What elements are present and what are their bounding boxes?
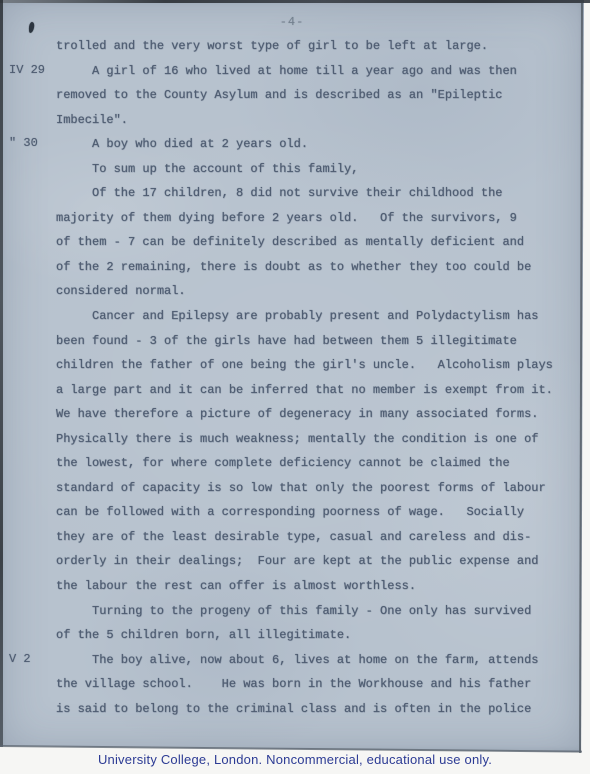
margin-label: IV 29 — [9, 58, 45, 83]
typed-text-block: trolled and the very worst type of girl … — [56, 33, 580, 720]
margin-label: " 30 — [9, 131, 38, 156]
scanned-document-page: -4- trolled and the very worst type of g… — [0, 0, 590, 774]
margin-label: V 2 — [9, 647, 31, 672]
paper-edge-top — [0, 0, 590, 3]
text-line: removed to the County Asylum and is desc… — [56, 82, 580, 107]
text-line: is said to belong to the criminal class … — [56, 696, 580, 721]
text-line: We have therefore a picture of degenerac… — [56, 401, 580, 426]
page-number: -4- — [0, 15, 584, 29]
text-line: trolled and the very worst type of girl … — [56, 33, 580, 58]
text-line: majority of them dying before 2 years ol… — [56, 205, 580, 230]
text-line: a large part and it can be inferred that… — [56, 377, 580, 402]
text-line: of them - 7 can be definitely described … — [56, 229, 580, 254]
text-line: IV 29A girl of 16 who lived at home till… — [56, 58, 580, 83]
text-line: standard of capacity is so low that only… — [56, 475, 580, 500]
text-line: been found - 3 of the girls have had bet… — [56, 328, 580, 353]
text-line: V 2The boy alive, now about 6, lives at … — [56, 647, 580, 672]
text-line: Imbecile". — [56, 107, 580, 132]
text-line: Physically there is much weakness; menta… — [56, 426, 580, 451]
text-line: orderly in their dealings; Four are kept… — [56, 548, 580, 573]
attribution-caption: University College, London. Noncommercia… — [0, 752, 590, 767]
text-line: of the 5 children born, all illegitimate… — [56, 622, 580, 647]
text-line: the labour the rest can offer is almost … — [56, 573, 580, 598]
text-line: children the father of one being the gir… — [56, 352, 580, 377]
text-line: " 30A boy who died at 2 years old. — [56, 131, 580, 156]
text-line: of the 2 remaining, there is doubt as to… — [56, 254, 580, 279]
text-line: the village school. He was born in the W… — [56, 671, 580, 696]
text-line: the lowest, for where complete deficienc… — [56, 450, 580, 475]
text-line: Turning to the progeny of this family - … — [56, 598, 580, 623]
text-line: they are of the least desirable type, ca… — [56, 524, 580, 549]
text-line: Cancer and Epilepsy are probably present… — [56, 303, 580, 328]
text-line: can be followed with a corresponding poo… — [56, 499, 580, 524]
text-line: To sum up the account of this family, — [56, 156, 580, 181]
text-line: Of the 17 children, 8 did not survive th… — [56, 180, 580, 205]
text-line: considered normal. — [56, 278, 580, 303]
paper-edge-left — [0, 0, 3, 747]
